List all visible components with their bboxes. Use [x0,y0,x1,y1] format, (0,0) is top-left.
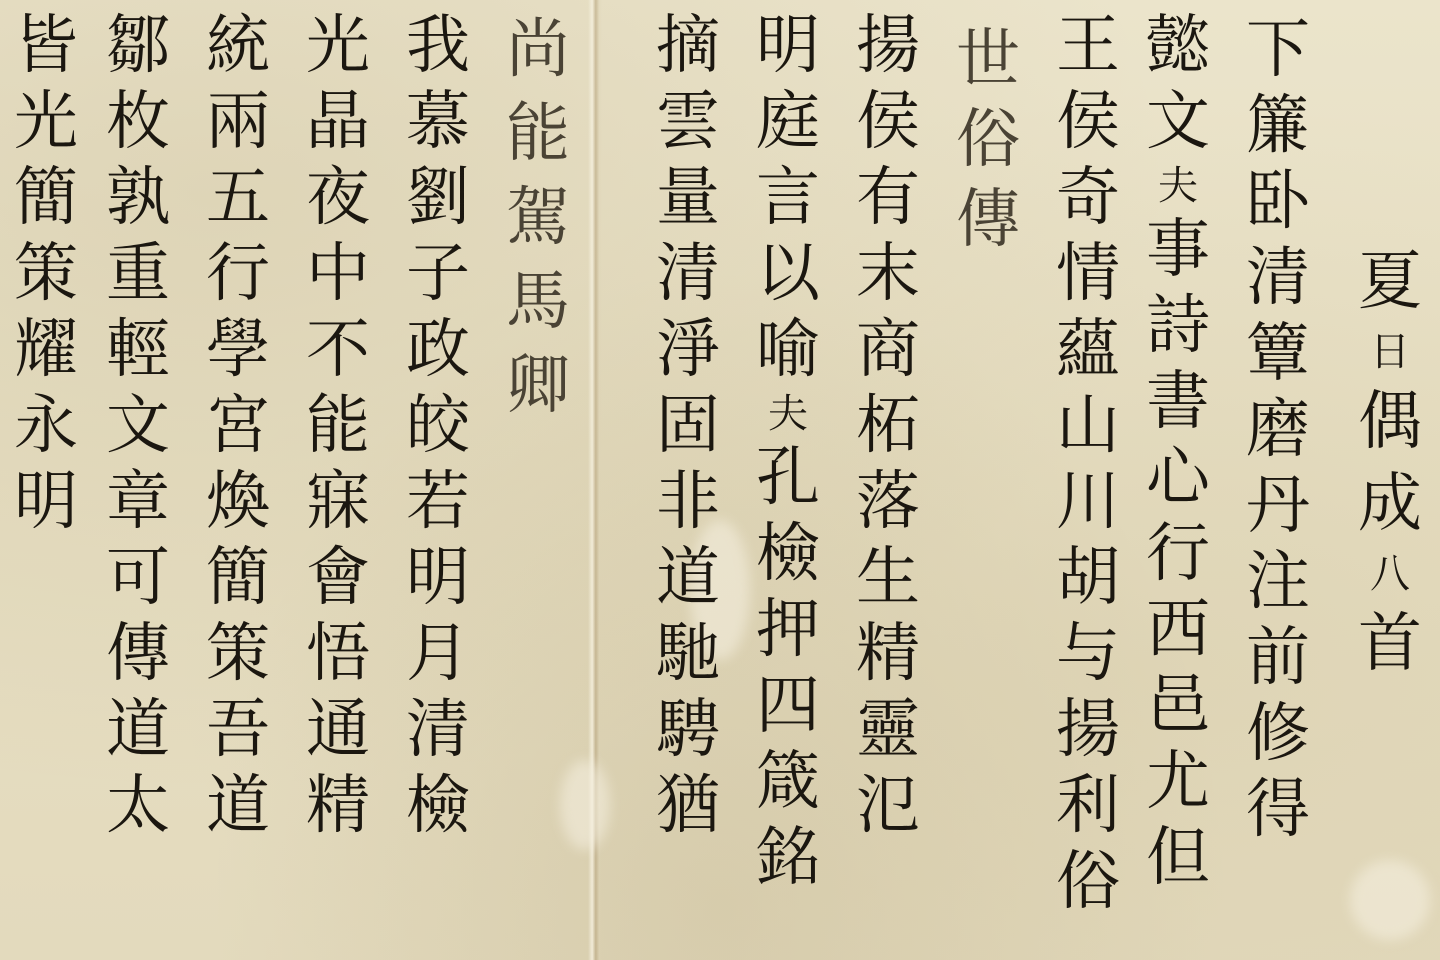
calligraphy-character: 庭 [746,90,830,154]
calligraphy-character: 章 [96,470,180,534]
calligraphy-character: 鄒 [96,14,180,78]
calligraphy-character: 策 [196,622,280,686]
calligraphy-character: 猶 [646,774,730,838]
calligraphy-character: 首 [1348,612,1432,676]
calligraphy-character: 八 [1348,554,1432,594]
calligraphy-character: 世 [946,28,1030,92]
calligraphy-character: 生 [846,546,930,610]
calligraphy-character: 揚 [1046,698,1130,762]
calligraphy-character: 文 [1136,90,1220,154]
calligraphy-character: 道 [646,546,730,610]
calligraphy-character: 俗 [946,108,1030,172]
calligraphy-character: 邑 [1136,674,1220,738]
calligraphy-character: 非 [646,470,730,534]
calligraphy-character: 文 [96,394,180,458]
calligraphy-character: 簾 [1236,94,1320,158]
calligraphy-character: 清 [396,698,480,762]
calligraphy-character: 事 [1136,218,1220,282]
calligraphy-character: 若 [396,470,480,534]
calligraphy-character: 末 [846,242,930,306]
calligraphy-character: 心 [1136,446,1220,510]
calligraphy-character: 學 [196,318,280,382]
calligraphy-character: 清 [1236,246,1320,310]
calligraphy-character: 書 [1136,370,1220,434]
calligraphy-character: 氾 [846,774,930,838]
text-column-col-6: 明庭言以喻夫孔檢押四箴銘 [746,14,830,890]
calligraphy-character: 以 [746,242,830,306]
calligraphy-character: 不 [296,318,380,382]
paper-stain [1350,860,1430,940]
calligraphy-character: 精 [296,774,380,838]
calligraphy-character: 川 [1046,470,1130,534]
calligraphy-character: 有 [846,166,930,230]
calligraphy-character: 太 [96,774,180,838]
calligraphy-character: 傳 [96,622,180,686]
calligraphy-character: 利 [1046,774,1130,838]
calligraphy-character: 明 [396,546,480,610]
calligraphy-character: 輕 [96,318,180,382]
calligraphy-character: 情 [1046,242,1130,306]
calligraphy-character: 傳 [946,188,1030,252]
calligraphy-character: 得 [1236,778,1320,842]
calligraphy-character: 摘 [646,14,730,78]
calligraphy-character: 行 [196,242,280,306]
calligraphy-character: 西 [1136,598,1220,662]
paper-stain [560,760,610,850]
calligraphy-character: 馬 [496,270,580,334]
calligraphy-character: 落 [846,470,930,534]
text-column-col-9: 我慕劉子政皎若明月清檢 [396,14,480,838]
calligraphy-character: 言 [746,166,830,230]
calligraphy-character: 寐 [296,470,380,534]
calligraphy-character: 明 [746,14,830,78]
calligraphy-character: 簡 [4,166,88,230]
calligraphy-character: 枚 [96,90,180,154]
calligraphy-character: 胡 [1046,546,1130,610]
calligraphy-character: 晶 [296,90,380,154]
calligraphy-character: 皆 [4,14,88,78]
calligraphy-character: 馳 [646,622,730,686]
calligraphy-character: 卧 [1236,170,1320,234]
calligraphy-character: 俗 [1046,850,1130,914]
calligraphy-character: 耀 [4,318,88,382]
calligraphy-character: 夜 [296,166,380,230]
calligraphy-character: 量 [646,166,730,230]
calligraphy-character: 皎 [396,394,480,458]
calligraphy-character: 王 [1046,14,1130,78]
calligraphy-character: 統 [196,14,280,78]
text-column-col-10: 光晶夜中不能寐會悟通精 [296,14,380,838]
calligraphy-character: 侯 [846,90,930,154]
text-column-col-2: 懿文夫事詩書心行西邑尤但 [1136,14,1220,890]
calligraphy-character: 宮 [196,394,280,458]
calligraphy-character: 檢 [396,774,480,838]
calligraphy-character: 清 [646,242,730,306]
calligraphy-character: 孔 [746,446,830,510]
calligraphy-character: 侯 [1046,90,1130,154]
calligraphy-character: 前 [1236,626,1320,690]
calligraphy-character: 懿 [1136,14,1220,78]
calligraphy-character: 兩 [196,90,280,154]
calligraphy-character: 揚 [846,14,930,78]
calligraphy-character: 簡 [196,546,280,610]
calligraphy-character: 檢 [746,522,830,586]
calligraphy-character: 成 [1348,472,1432,536]
calligraphy-character: 策 [4,242,88,306]
calligraphy-character: 淨 [646,318,730,382]
calligraphy-character: 可 [96,546,180,610]
calligraphy-character: 重 [96,242,180,306]
calligraphy-character: 商 [846,318,930,382]
calligraphy-character: 道 [196,774,280,838]
calligraphy-character: 磨 [1236,398,1320,462]
calligraphy-character: 尤 [1136,750,1220,814]
calligraphy-character: 中 [296,242,380,306]
text-column-col-4: 世俗傳 [946,28,1030,252]
calligraphy-character: 通 [296,698,380,762]
calligraphy-character: 會 [296,546,380,610]
calligraphy-character: 煥 [196,470,280,534]
calligraphy-character: 喻 [746,318,830,382]
calligraphy-character: 能 [496,102,580,166]
text-column-col-title: 夏日偶成八首 [1348,250,1432,676]
calligraphy-character: 注 [1236,550,1320,614]
calligraphy-character: 道 [96,698,180,762]
calligraphy-character: 与 [1046,622,1130,686]
calligraphy-character: 能 [296,394,380,458]
calligraphy-character: 下 [1236,18,1320,82]
calligraphy-character: 簟 [1236,322,1320,386]
calligraphy-character: 柘 [846,394,930,458]
calligraphy-character: 明 [4,470,88,534]
calligraphy-character: 丹 [1236,474,1320,538]
calligraphy-character: 靈 [846,698,930,762]
calligraphy-character: 孰 [96,166,180,230]
calligraphy-character: 駕 [496,186,580,250]
calligraphy-character: 箴 [746,750,830,814]
calligraphy-character: 永 [4,394,88,458]
calligraphy-character: 銘 [746,826,830,890]
text-column-col-7: 摘雲量清淨固非道馳騁猶 [646,14,730,838]
calligraphy-character: 卿 [496,354,580,418]
text-column-col-8: 尚能駕馬卿 [496,18,580,418]
calligraphy-character: 押 [746,598,830,662]
calligraphy-character: 政 [396,318,480,382]
calligraphy-character: 光 [296,14,380,78]
text-column-col-3: 王侯奇情蘊山川胡与揚利俗 [1046,14,1130,914]
text-column-col-5: 揚侯有末商柘落生精靈氾 [846,14,930,838]
calligraphy-character: 尚 [496,18,580,82]
calligraphy-character: 精 [846,622,930,686]
calligraphy-character: 慕 [396,90,480,154]
calligraphy-character: 子 [396,242,480,306]
calligraphy-character: 月 [396,622,480,686]
calligraphy-character: 四 [746,674,830,738]
calligraphy-character: 吾 [196,698,280,762]
calligraphy-character: 悟 [296,622,380,686]
text-column-col-13: 皆光簡策耀永明 [4,14,88,534]
calligraphy-character: 夫 [1136,166,1220,206]
calligraphy-character: 偶 [1348,390,1432,454]
calligraphy-character: 雲 [646,90,730,154]
calligraphy-character: 五 [196,166,280,230]
calligraphy-character: 山 [1046,394,1130,458]
text-column-col-12: 鄒枚孰重輕文章可傳道太 [96,14,180,838]
calligraphy-character: 光 [4,90,88,154]
calligraphy-character: 但 [1136,826,1220,890]
calligraphy-character: 固 [646,394,730,458]
calligraphy-character: 騁 [646,698,730,762]
calligraphy-character: 詩 [1136,294,1220,358]
text-column-col-11: 統兩五行學宮煥簡策吾道 [196,14,280,838]
calligraphy-character: 日 [1348,332,1432,372]
text-column-col-1: 下簾卧清簟磨丹注前修得 [1236,18,1320,842]
calligraphy-character: 夫 [746,394,830,434]
calligraphy-character: 蘊 [1046,318,1130,382]
calligraphy-character: 行 [1136,522,1220,586]
calligraphy-character: 我 [396,14,480,78]
calligraphy-character: 奇 [1046,166,1130,230]
calligraphy-character: 修 [1236,702,1320,766]
calligraphy-character: 劉 [396,166,480,230]
calligraphy-character: 夏 [1348,250,1432,314]
